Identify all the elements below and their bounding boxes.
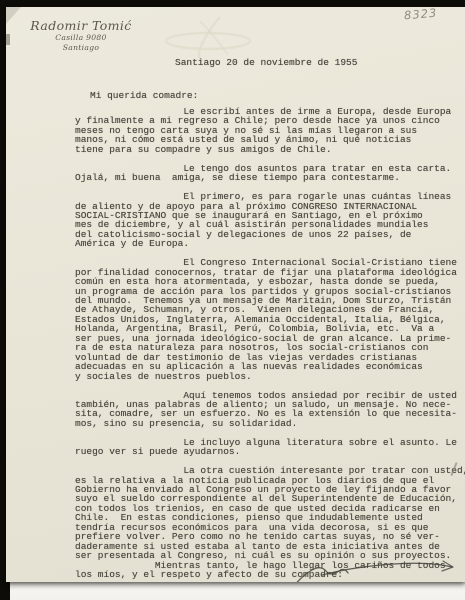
scanned-letter-page: Radomir Tomić Casilla 9080 Santiago 8323… xyxy=(0,0,465,600)
paragraph-1: Le escribí antes de irme a Europa, desde… xyxy=(75,107,461,154)
paragraph-2: Le tengo dos asuntos para tratar en esta… xyxy=(75,164,461,183)
letter-paper: Radomir Tomić Casilla 9080 Santiago 8323… xyxy=(6,7,465,582)
dateline: Santiago 20 de noviembre de 1955 xyxy=(175,57,357,68)
paper-edge-tear xyxy=(6,34,10,45)
paragraph-6: Le incluyo alguna literatura sobre el as… xyxy=(75,438,461,457)
letterhead-city: Santiago xyxy=(22,43,140,53)
salutation: Mi querida comadre: xyxy=(90,90,198,101)
paragraph-4: El Congreso Internacional Social-Cristia… xyxy=(75,258,461,381)
letterhead-address: Casilla 9080 xyxy=(22,33,140,43)
archive-number-pencil: 8323 xyxy=(403,6,437,23)
letter-body: Le escribí antes de irme a Europa, desde… xyxy=(75,107,461,589)
paragraph-3: El primero, es para rogarle unas cuántas… xyxy=(75,192,461,249)
paragraph-8: Mientras tanto, le hago llegar los cariñ… xyxy=(75,561,461,580)
paper-corner-fold xyxy=(6,7,21,24)
paragraph-7: La otra cuestión interesante por tratar … xyxy=(75,466,461,561)
paragraph-5: Aquí tenemos todos ansiedad por recibir … xyxy=(75,391,461,429)
letterhead-name: Radomir Tomić xyxy=(22,18,140,33)
letterhead: Radomir Tomić Casilla 9080 Santiago xyxy=(22,18,140,52)
